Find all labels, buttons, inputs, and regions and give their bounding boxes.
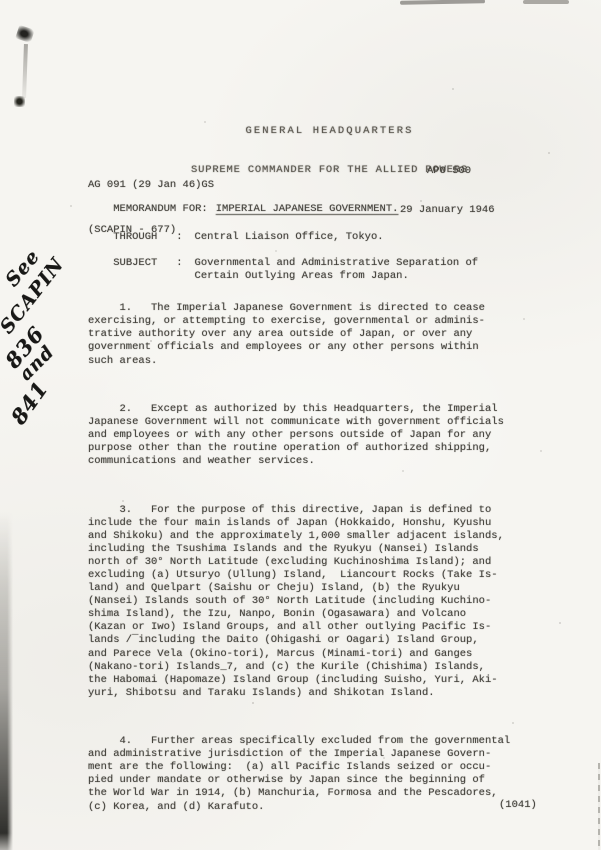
paragraph-1: 1. The Imperial Japanese Government is d…: [88, 302, 548, 367]
memorandum-for-value: IMPERIAL JAPANESE GOVERNMENT.: [216, 203, 399, 215]
through-value: Central Liaison Office, Tokyo.: [195, 231, 384, 244]
photocopy-speckles: [0, 0, 2, 2]
document-page: GENERAL HEADQUARTERS SUPREME COMMANDER F…: [0, 0, 601, 850]
apo-number: APO 500: [427, 165, 495, 178]
memorandum-for-label: MEMORANDUM FOR:: [113, 203, 208, 215]
station-date-block: APO 500 29 January 1946: [400, 139, 495, 244]
scan-mark-top-edge: [400, 0, 485, 5]
scan-smudge-top-left: [15, 25, 35, 43]
document-date: 29 January 1946: [400, 204, 495, 217]
paragraph-4: 4. Further areas specifically excluded f…: [88, 735, 548, 814]
scan-streak-right-edge: [598, 763, 600, 850]
subject-label: SUBJECT :: [113, 257, 182, 269]
handwritten-word-841: 841: [6, 376, 53, 429]
scan-streak-left-edge: [0, 512, 13, 850]
scan-mark-top-edge-2: [523, 0, 569, 4]
memo-body: 1. The Imperial Japanese Government is d…: [88, 276, 548, 849]
scan-streak-top-left: [22, 44, 28, 98]
through-label: THROUGH :: [113, 231, 182, 243]
page-number: (1041): [499, 799, 537, 812]
letterhead-line1: GENERAL HEADQUARTERS: [58, 125, 601, 138]
paragraph-3: 3. For the purpose of this directive, Ja…: [88, 504, 548, 700]
paragraph-2: 2. Except as authorized by this Headquar…: [88, 403, 548, 468]
subject-value-line1: Governmental and Administrative Separati…: [195, 257, 479, 270]
